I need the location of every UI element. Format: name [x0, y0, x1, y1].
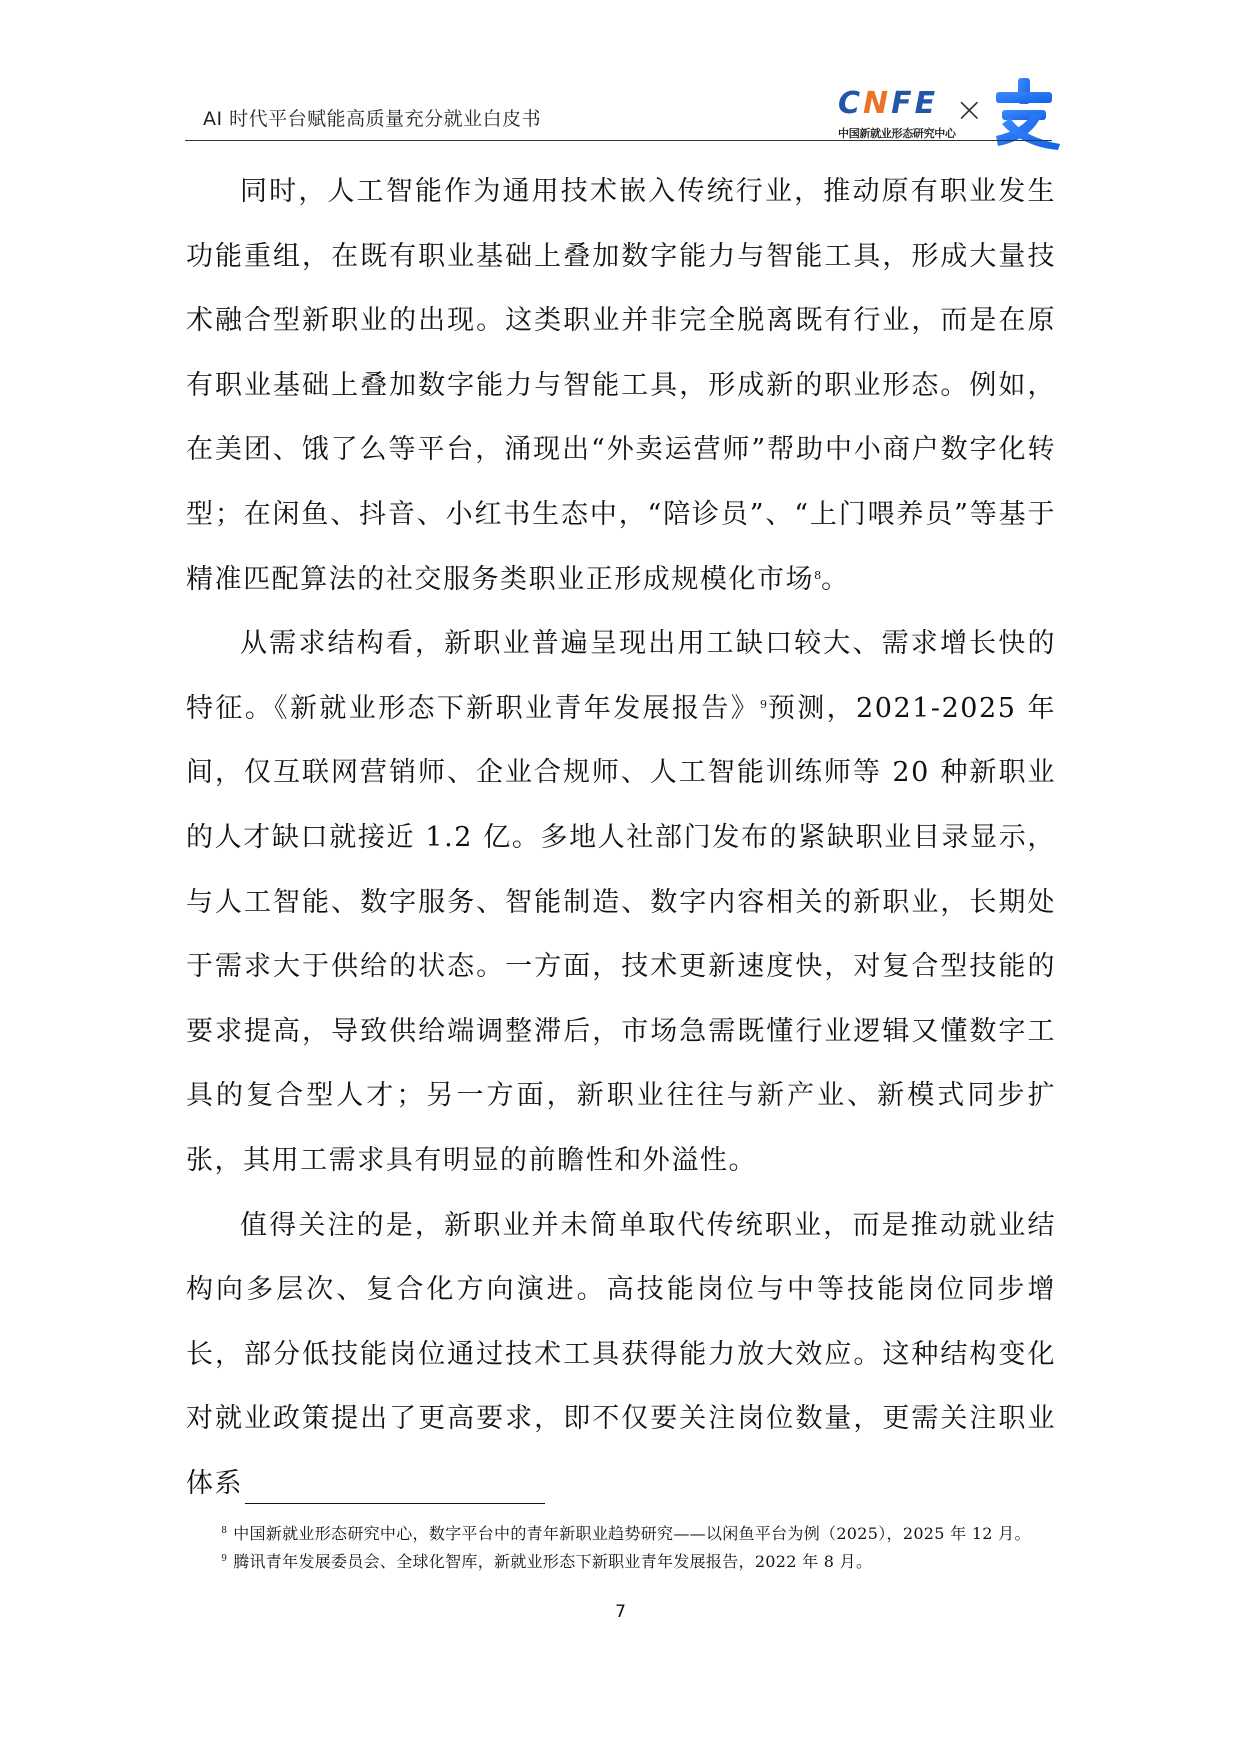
footnote-number: 9	[221, 1554, 227, 1564]
times-icon: ×	[955, 90, 984, 130]
cnfe-logo: CNFE	[838, 86, 938, 121]
document-title: AI 时代平台赋能高质量充分就业白皮书	[203, 104, 541, 131]
cnfe-logo-c: C	[838, 86, 863, 121]
cnfe-logo-subtitle: 中国新就业形态研究中心	[838, 125, 956, 141]
paragraph-1: 同时，人工智能作为通用技术嵌入传统行业，推动原有职业发生功能重组，在既有职业基础…	[186, 160, 1056, 612]
page-number: 7	[0, 1602, 1241, 1622]
cnfe-logo-n: N	[863, 86, 891, 121]
paragraph-text: 值得关注的是，新职业并未简单取代传统职业，而是推动就业结构向多层次、复合化方向演…	[186, 1210, 1056, 1499]
header-divider	[185, 140, 1052, 141]
paragraph-text: 预测，2021-2025 年间，仅互联网营销师、企业合规师、人工智能训练师等 2…	[186, 693, 1056, 1176]
alipay-logo-icon	[988, 74, 1062, 150]
paragraph-text: 同时，人工智能作为通用技术嵌入传统行业，推动原有职业发生功能重组，在既有职业基础…	[186, 176, 1056, 595]
footnote-ref-9[interactable]: 9	[760, 698, 767, 711]
body-text: 同时，人工智能作为通用技术嵌入传统行业，推动原有职业发生功能重组，在既有职业基础…	[186, 160, 1056, 1516]
footnote-ref-8[interactable]: 8	[814, 569, 821, 582]
footnotes: 8中国新就业形态研究中心，数字平台中的青年新职业趋势研究——以闲鱼平台为例（20…	[186, 1520, 1056, 1575]
footnote-8: 8中国新就业形态研究中心，数字平台中的青年新职业趋势研究——以闲鱼平台为例（20…	[186, 1520, 1056, 1548]
footnote-text: 中国新就业形态研究中心，数字平台中的青年新职业趋势研究——以闲鱼平台为例（202…	[233, 1524, 1031, 1543]
footnote-9: 9腾讯青年发展委员会、全球化智库，新就业形态下新职业青年发展报告，2022 年 …	[186, 1548, 1056, 1576]
footnote-separator	[245, 1503, 545, 1504]
footnote-text: 腾讯青年发展委员会、全球化智库，新就业形态下新职业青年发展报告，2022 年 8…	[233, 1552, 872, 1571]
paragraph-3: 值得关注的是，新职业并未简单取代传统职业，而是推动就业结构向多层次、复合化方向演…	[186, 1194, 1056, 1517]
footnote-number: 8	[221, 1526, 227, 1536]
paragraph-text: 。	[821, 564, 850, 595]
cnfe-logo-fe: FE	[891, 86, 938, 121]
paragraph-2: 从需求结构看，新职业普遍呈现出用工缺口较大、需求增长快的特征。《新就业形态下新职…	[186, 612, 1056, 1193]
